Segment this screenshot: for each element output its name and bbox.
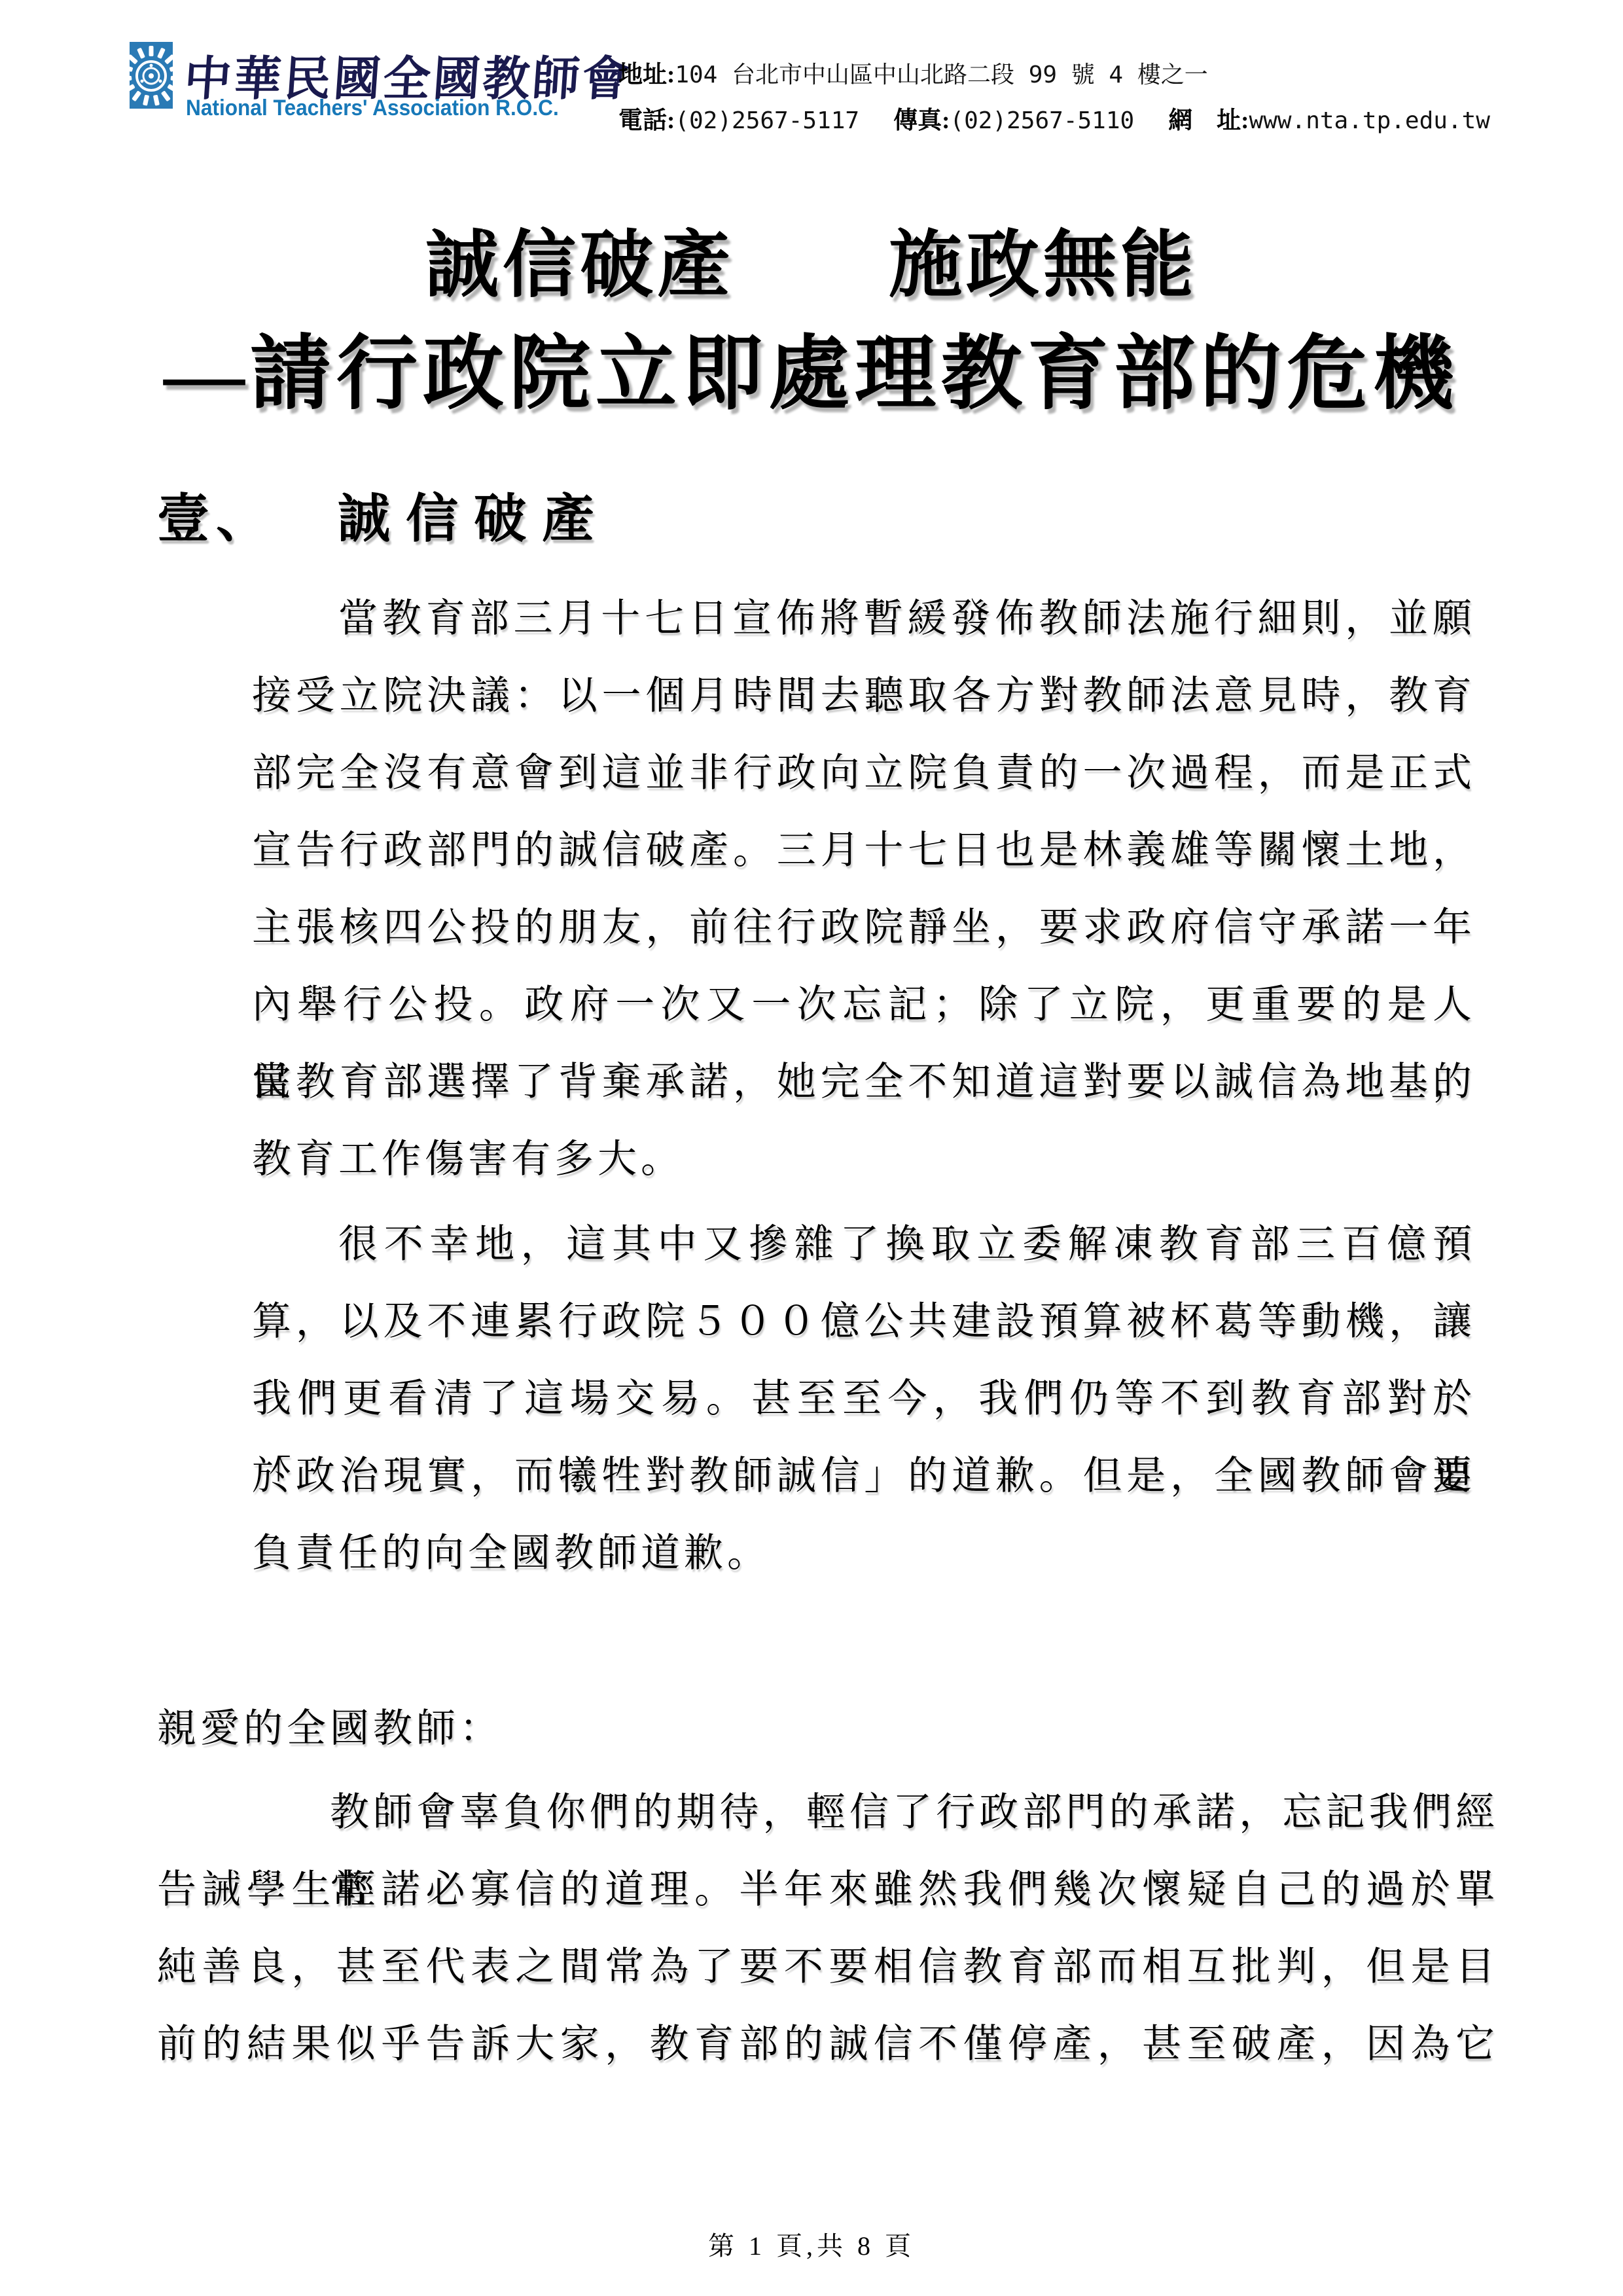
contact-block: 地址:104 台北市中山區中山北路二段 99 號 4 樓之一 電話:(02)25…: [618, 60, 1535, 136]
phone-label: 電話:: [618, 107, 675, 134]
text-line: 告誡學生輕諾必寡信的道理。半年來雖然我們幾次懷疑自己的過於單: [157, 1851, 1499, 1928]
letterhead: 中華民國全國教師會 National Teachers' Association…: [0, 0, 1623, 141]
paragraph-2: 很不幸地，這其中又摻雜了換取立委解凍教育部三百億預 算，以及不連累行政院５００億…: [252, 1206, 1476, 1592]
web-value: www.nta.tp.edu.tw: [1249, 107, 1490, 134]
text-line: 教育工作傷害有多大。: [252, 1121, 1476, 1198]
web-label: 網 址:: [1168, 107, 1249, 134]
fax-value: (02)2567-5110: [950, 107, 1134, 134]
text-line: 算，以及不連累行政院５００億公共建設預算被杯葛等動機，讓: [252, 1283, 1476, 1360]
phone-value: (02)2567-5117: [675, 107, 859, 134]
address-label: 地址:: [618, 62, 675, 88]
text-line: 於政治現實，而犧牲對教師誠信」的道歉。但是，全國教師會要: [252, 1437, 1476, 1515]
text-line: 負責任的向全國教師道歉。: [252, 1515, 1476, 1592]
text-line: 教師會辜負你們的期待，輕信了行政部門的承諾，忘記我們經常: [157, 1774, 1499, 1851]
letter-salutation: 親愛的全國教師：: [157, 1690, 1499, 1767]
section-1-heading: 壹、誠信破產: [157, 484, 1499, 555]
fax-label: 傳真:: [893, 107, 950, 134]
text-line: 很不幸地，這其中又摻雜了換取立委解凍教育部三百億預: [252, 1206, 1476, 1283]
document-body: 壹、誠信破產 當教育部三月十七日宣佈將暫緩發佈教師法施行細則，並願 接受立院決議…: [157, 484, 1499, 2083]
org-name-english: National Teachers' Association R.O.C.: [186, 96, 559, 121]
text-line: 當教育部三月十七日宣佈將暫緩發佈教師法施行細則，並願: [252, 580, 1476, 657]
doc-title-line2: —請行政院立即處理教育部的危機: [0, 321, 1623, 427]
text-line: 主張核四公投的朋友，前往行政院靜坐，要求政府信守承諾一年: [252, 889, 1476, 966]
text-line: 前的結果似乎告訴大家，教育部的誠信不僅停產，甚至破產，因為它: [157, 2005, 1499, 2083]
text-line: 接受立院決議：以一個月時間去聽取各方對教師法意見時，教育: [252, 657, 1476, 734]
letter-paragraph: 教師會辜負你們的期待，輕信了行政部門的承諾，忘記我們經常 告誡學生輕諾必寡信的道…: [157, 1774, 1499, 2083]
text-line: 當教育部選擇了背棄承諾，她完全不知道這對要以誠信為地基的: [252, 1043, 1476, 1121]
text-line: 宣告行政部門的誠信破產。三月十七日也是林義雄等關懷土地，: [252, 812, 1476, 889]
document-page: 中華民國全國教師會 National Teachers' Association…: [0, 0, 1623, 2296]
text-line: 我們更看清了這場交易。甚至至今，我們仍等不到教育部對於「迫: [252, 1360, 1476, 1437]
paragraph-1: 當教育部三月十七日宣佈將暫緩發佈教師法施行細則，並願 接受立院決議：以一個月時間…: [252, 580, 1476, 1198]
text-line: 部完全沒有意會到這並非行政向立院負責的一次過程，而是正式: [252, 734, 1476, 812]
text-line: 純善良，甚至代表之間常為了要不要相信教育部而相互批判，但是目: [157, 1928, 1499, 2005]
address-line: 地址:104 台北市中山區中山北路二段 99 號 4 樓之一: [618, 60, 1535, 90]
section-heading-text: 誠信破產: [338, 491, 610, 548]
text-line: 內舉行公投。政府一次又一次忘記；除了立院，更重要的是人民，: [252, 966, 1476, 1043]
doc-title-line1: 誠信破產 施政無能: [0, 218, 1623, 314]
section-number: 壹、: [157, 491, 275, 548]
nta-sunburst-logo-icon: [130, 42, 173, 109]
address-value: 104 台北市中山區中山北路二段 99 號 4 樓之一: [675, 62, 1207, 88]
page-number-footer: 第 1 頁,共 8 頁: [0, 2225, 1623, 2263]
phone-fax-web-line: 電話:(02)2567-5117傳真:(02)2567-5110網 址:www.…: [618, 106, 1535, 136]
